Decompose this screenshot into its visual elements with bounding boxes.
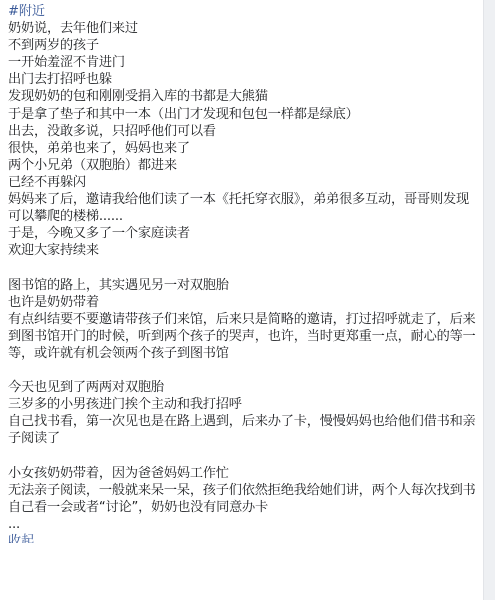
text-line: 一开始羞涩不肯进门 bbox=[8, 54, 478, 71]
text-line: 有点纠结要不要邀请带孩子们来馆，后来只是简略的邀请，打过招呼就走了，后来到图书馆… bbox=[8, 311, 478, 362]
text-line: 已经不再躲闪 bbox=[8, 174, 478, 191]
text-line: 图书馆的路上，其实遇见另一对双胞胎 bbox=[8, 277, 478, 294]
text-line: 发现奶奶的包和刚刚受捐入库的书都是大熊猫 bbox=[8, 88, 478, 105]
paragraph-spacer bbox=[8, 362, 478, 379]
text-line: 无法亲子阅读，一般就来呆一呆，孩子们依然拒绝我给她们讲，两个人每次找到书自己看一… bbox=[8, 482, 478, 516]
text-line: 也许是奶奶带着 bbox=[8, 294, 478, 311]
text-line: 于是拿了垫子和其中一本（出门才发现和包包一样都是绿底） bbox=[8, 106, 478, 123]
text-line: 于是，今晚又多了一个家庭读者 bbox=[8, 225, 478, 242]
text-line: 奶奶说，去年他们来过 bbox=[8, 20, 478, 37]
text-line: 出去，没敢多说，只招呼他们可以看 bbox=[8, 123, 478, 140]
truncation-ellipsis: ... bbox=[8, 516, 478, 533]
text-line: 三岁多的小男孩进门挨个主动和我打招呼 bbox=[8, 396, 478, 413]
paragraph-1: 奶奶说，去年他们来过 不到两岁的孩子 一开始羞涩不肯进门 出门去打招呼也躲 发现… bbox=[8, 20, 478, 259]
hashtag-link[interactable]: #附近 bbox=[8, 3, 478, 20]
text-line: 出门去打招呼也躲 bbox=[8, 71, 478, 88]
scrollbar-track[interactable] bbox=[483, 0, 495, 600]
paragraph-spacer bbox=[8, 447, 478, 464]
text-line: 今天也见到了两两对双胞胎 bbox=[8, 379, 478, 396]
collapse-link[interactable]: 收起 bbox=[8, 533, 478, 543]
paragraph-spacer bbox=[8, 259, 478, 276]
paragraph-3: 今天也见到了两两对双胞胎 三岁多的小男孩进门挨个主动和我打招呼 自己找书看，第一… bbox=[8, 379, 478, 447]
text-line: 妈妈来了后，邀请我给他们读了一本《托托穿衣服》，弟弟很多互动，哥哥则发现可以攀爬… bbox=[8, 191, 478, 225]
text-line: 自己找书看，第一次见也是在路上遇到，后来办了卡，慢慢妈妈也给他们借书和亲子阅读了 bbox=[8, 413, 478, 447]
paragraph-2: 图书馆的路上，其实遇见另一对双胞胎 也许是奶奶带着 有点纠结要不要邀请带孩子们来… bbox=[8, 277, 478, 362]
paragraph-4: 小女孩奶奶带着，因为爸爸妈妈工作忙 无法亲子阅读，一般就来呆一呆，孩子们依然拒绝… bbox=[8, 465, 478, 516]
text-line: 两个小兄弟（双胞胎）都进来 bbox=[8, 157, 478, 174]
post-content: #附近 奶奶说，去年他们来过 不到两岁的孩子 一开始羞涩不肯进门 出门去打招呼也… bbox=[8, 3, 478, 543]
post-body: #附近 奶奶说，去年他们来过 不到两岁的孩子 一开始羞涩不肯进门 出门去打招呼也… bbox=[0, 0, 483, 600]
text-line: 很快，弟弟也来了，妈妈也来了 bbox=[8, 140, 478, 157]
text-line: 小女孩奶奶带着，因为爸爸妈妈工作忙 bbox=[8, 465, 478, 482]
text-line: 不到两岁的孩子 bbox=[8, 37, 478, 54]
text-line: 欢迎大家持续来 bbox=[8, 242, 478, 259]
